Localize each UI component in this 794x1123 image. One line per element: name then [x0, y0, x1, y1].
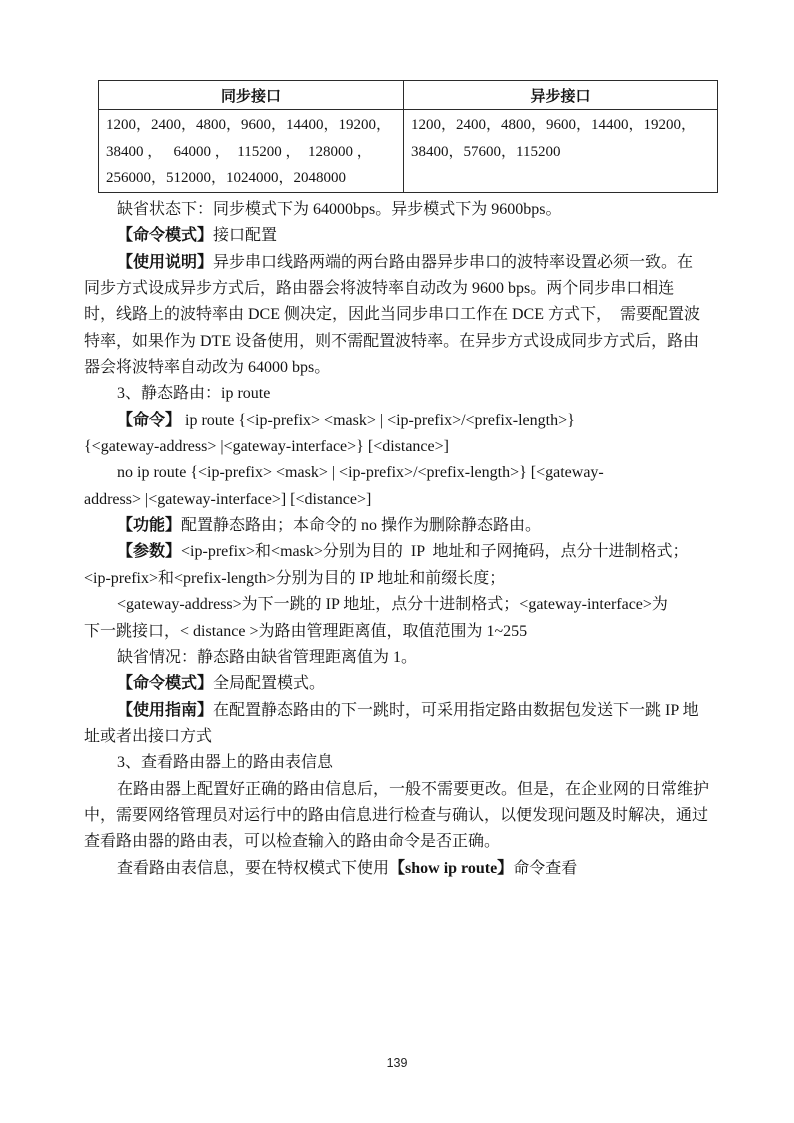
section-label: 【参数】	[117, 543, 181, 560]
text-line: no ip route {<ip-prefix> <mask> | <ip-pr…	[84, 460, 732, 486]
text-line: 同步方式设成异步方式后，路由器会将波特率自动改为 9600 bps。两个同步串口…	[84, 276, 732, 302]
baud-rate-table: 同步接口 异步接口 1200，2400，4800，9600，14400，1920…	[98, 80, 718, 193]
command-label: 【show ip route】	[389, 860, 513, 877]
text-line: <ip-prefix>和<prefix-length>分别为目的 IP 地址和前…	[84, 566, 732, 592]
text-line: 3、静态路由：ip route	[84, 381, 732, 407]
text-line: 中，需要网络管理员对运行中的路由信息进行检查与确认，以便发现问题及时解决，通过	[84, 803, 732, 829]
table-cell-async: 1200，2400，4800，9600，14400，19200， 38400，5…	[404, 110, 718, 193]
cell-line: 38400，57600，115200	[411, 139, 710, 166]
text-line: 【功能】配置静态路由；本命令的 no 操作为删除静态路由。	[84, 513, 732, 539]
section-label: 【使用指南】	[117, 702, 213, 719]
section-label: 【使用说明】	[117, 254, 213, 271]
command-text: ip route {<ip-prefix> <mask> | <ip-prefi…	[181, 412, 575, 429]
text-line: 器会将波特率自动改为 64000 bps。	[84, 355, 732, 381]
command-text: no ip route {<ip-prefix> <mask> | <ip-pr…	[117, 464, 604, 481]
text-line: 查看路由器的路由表，可以检查输入的路由命令是否正确。	[84, 829, 732, 855]
section-label: 【命令模式】	[117, 675, 213, 692]
text-line: 特率，如果作为 DTE 设备使用，则不需配置波特率。在异步方式设成同步方式后，路…	[84, 329, 732, 355]
section-label: 【功能】	[117, 517, 181, 534]
text-line: 【参数】<ip-prefix>和<mask>分别为目的 IP 地址和子网掩码，点…	[84, 539, 732, 565]
table-header-async: 异步接口	[404, 81, 718, 110]
cell-line: 1200，2400，4800，9600，14400，19200，	[411, 112, 710, 139]
text-line: 查看路由表信息，要在特权模式下使用【show ip route】命令查看	[84, 856, 732, 882]
text-line: 缺省情况：静态路由缺省管理距离值为 1。	[84, 645, 732, 671]
body-text: 缺省状态下：同步模式下为 64000bps。异步模式下为 9600bps。 【命…	[84, 197, 732, 882]
table-header-row: 同步接口 异步接口	[99, 81, 718, 110]
cell-line: 256000，512000，1024000，2048000	[106, 165, 396, 192]
text-line: {<gateway-address> |<gateway-interface>}…	[84, 434, 732, 460]
text-line: 【命令模式】全局配置模式。	[84, 671, 732, 697]
table-row: 1200，2400，4800，9600，14400，19200， 38400 ，…	[99, 110, 718, 193]
text-line: 缺省状态下：同步模式下为 64000bps。异步模式下为 9600bps。	[84, 197, 732, 223]
text-line: 【使用指南】在配置静态路由的下一跳时，可采用指定路由数据包发送下一跳 IP 地	[84, 698, 732, 724]
table-cell-sync: 1200，2400，4800，9600，14400，19200， 38400 ，…	[99, 110, 404, 193]
cell-line: 1200，2400，4800，9600，14400，19200，	[106, 112, 396, 139]
text-line: 【使用说明】异步串口线路两端的两台路由器异步串口的波特率设置必须一致。在	[84, 250, 732, 276]
document-page: 同步接口 异步接口 1200，2400，4800，9600，14400，1920…	[0, 0, 794, 1123]
cell-line: 38400 ， 64000 ， 115200 ， 128000 ，	[106, 139, 396, 166]
text-line: 时，线路上的波特率由 DCE 侧决定，因此当同步串口工作在 DCE 方式下， 需…	[84, 302, 732, 328]
text-line: <gateway-address>为下一跳的 IP 地址，点分十进制格式；<ga…	[84, 592, 732, 618]
command-text: address> |<gateway-interface>] [<distanc…	[84, 491, 371, 508]
command-text: {<gateway-address> |<gateway-interface>}…	[84, 438, 449, 455]
text-line: 3、查看路由器上的路由表信息	[84, 750, 732, 776]
text-line: 址或者出接口方式	[84, 724, 732, 750]
table-header-sync: 同步接口	[99, 81, 404, 110]
text-line: 【命令模式】接口配置	[84, 223, 732, 249]
section-label: 【命令模式】	[117, 227, 213, 244]
text-line: 【命令】 ip route {<ip-prefix> <mask> | <ip-…	[84, 408, 732, 434]
text-line: 在路由器上配置好正确的路由信息后，一般不需要更改。但是，在企业网的日常维护	[84, 777, 732, 803]
text-line: 下一跳接口，< distance >为路由管理距离值，取值范围为 1~255	[84, 619, 732, 645]
section-label: 【命令】	[117, 412, 181, 429]
text-line: address> |<gateway-interface>] [<distanc…	[84, 487, 732, 513]
page-number: 139	[0, 1056, 794, 1070]
